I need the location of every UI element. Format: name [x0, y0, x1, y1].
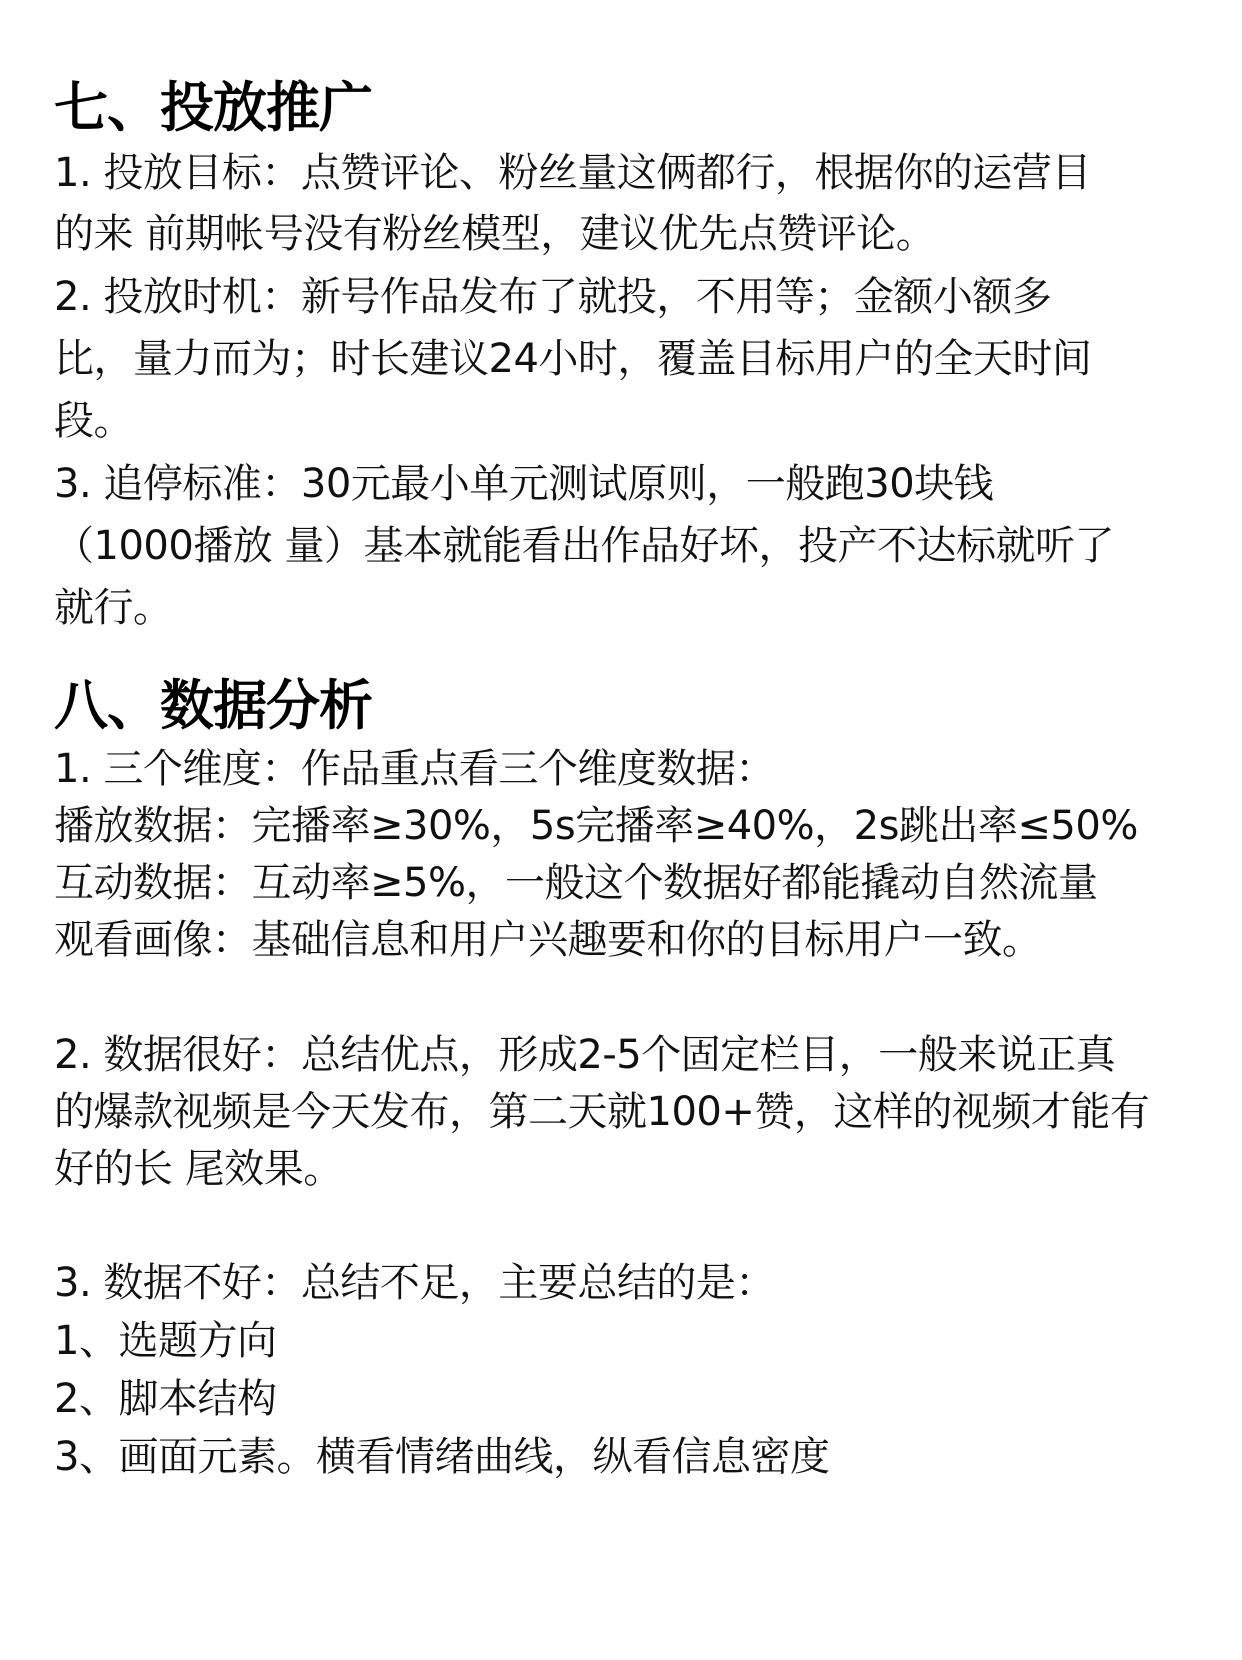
paragraph-line: 2. 投放时机：新号作品发布了就投，不用等；金额小额多: [54, 272, 1051, 322]
paragraph-line: 3. 追停标准：30元最小单元测试原则，一般跑30块钱: [54, 459, 993, 509]
paragraph-line: 1. 三个维度：作品重点看三个维度数据：: [54, 744, 775, 794]
paragraph-line: 播放数据：完播率≥30%，5s完播率≥40%，2s跳出率≤50%: [54, 801, 1138, 851]
paragraph-line: 互动数据：互动率≥5%，一般这个数据好都能撬动自然流量: [54, 858, 1097, 908]
list-item: 1、选题方向: [54, 1316, 276, 1366]
section-heading-promotion: 七、投放推广: [54, 76, 372, 140]
paragraph-line: 的爆款视频是今天发布，第二天就100+赞，这样的视频才能有: [54, 1087, 1149, 1137]
list-item: 3、画面元素。横看情绪曲线，纵看信息密度: [54, 1432, 829, 1482]
paragraph-line: 的来 前期帐号没有粉丝模型，建议优先点赞评论。: [54, 209, 935, 259]
paragraph-line: 比，量力而为；时长建议24小时，覆盖目标用户的全天时间: [54, 334, 1091, 384]
paragraph-line: 就行。: [54, 583, 173, 633]
paragraph-line: 观看画像：基础信息和用户兴趣要和你的目标用户一致。: [54, 915, 1042, 965]
paragraph-line: 段。: [54, 396, 133, 446]
paragraph-line: （1000播放 量）基本就能看出作品好坏，投产不达标就听了: [54, 521, 1114, 571]
section-heading-data-analysis: 八、数据分析: [54, 674, 372, 738]
paragraph-line: 1. 投放目标：点赞评论、粉丝量这俩都行，根据你的运营目: [54, 148, 1091, 198]
paragraph-line: 3. 数据不好：总结不足，主要总结的是：: [54, 1258, 775, 1308]
paragraph-line: 好的长 尾效果。: [54, 1144, 343, 1194]
paragraph-line: 2. 数据很好：总结优点，形成2-5个固定栏目，一般来说正真: [54, 1030, 1115, 1080]
list-item: 2、脚本结构: [54, 1374, 276, 1424]
